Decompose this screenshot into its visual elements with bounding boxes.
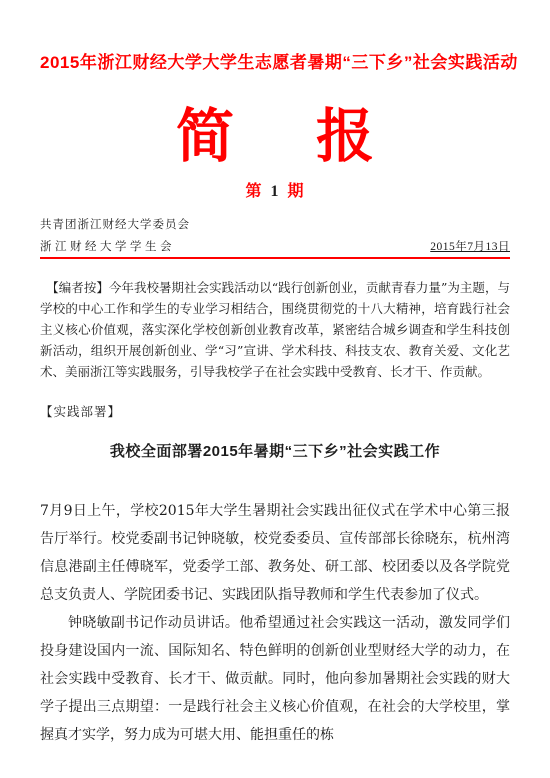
header-rule-row: 浙江财经大学学生会 2015年7月13日 (40, 238, 510, 259)
org-block: 共青团浙江财经大学委员会 浙江财经大学学生会 2015年7月13日 (40, 217, 510, 259)
editor-note-label: 【编者按】 (46, 280, 109, 295)
org-studentunion-line: 浙江财经大学学生会 (40, 238, 175, 254)
editor-note: 【编者按】今年我校暑期社会实践活动以“践行创新创业，贡献青春力量”为主题，与学校… (40, 277, 510, 382)
masthead-char-bao: 报 (316, 104, 374, 168)
issue-prefix: 第 (245, 181, 262, 200)
article-paragraph-1: 7月9日上午，学校2015年大学生暑期社会实践出征仪式在学术中心第三报告厅举行。… (40, 497, 510, 609)
issue-date: 2015年7月13日 (430, 238, 510, 254)
bulletin-page: 2015年浙江财经大学大学生志愿者暑期“三下乡”社会实践活动 简 报 第1期 共… (0, 0, 550, 778)
org-committee-line: 共青团浙江财经大学委员会 (40, 217, 510, 232)
issue-suffix: 期 (288, 181, 305, 200)
article-heading: 我校全面部署2015年暑期“三下乡”社会实践工作 (40, 440, 510, 461)
section-label-practice-deployment: 【实践部署】 (40, 402, 510, 420)
issue-number: 1 (263, 183, 288, 200)
article-body: 7月9日上午，学校2015年大学生暑期社会实践出征仪式在学术中心第三报告厅举行。… (40, 497, 510, 749)
activity-title: 2015年浙江财经大学大学生志愿者暑期“三下乡”社会实践活动 (40, 52, 510, 74)
masthead-char-jian: 简 (176, 104, 234, 168)
page-number: 1 (0, 729, 550, 740)
article-paragraph-2: 钟晓敏副书记作动员讲话。他希望通过社会实践这一活动，激发同学们投身建设国内一流、… (40, 609, 510, 749)
editor-note-text: 今年我校暑期社会实践活动以“践行创新创业，贡献青春力量”为主题，与学校的中心工作… (40, 280, 510, 379)
masthead: 简 报 (40, 104, 510, 168)
issue-line: 第1期 (40, 178, 510, 201)
